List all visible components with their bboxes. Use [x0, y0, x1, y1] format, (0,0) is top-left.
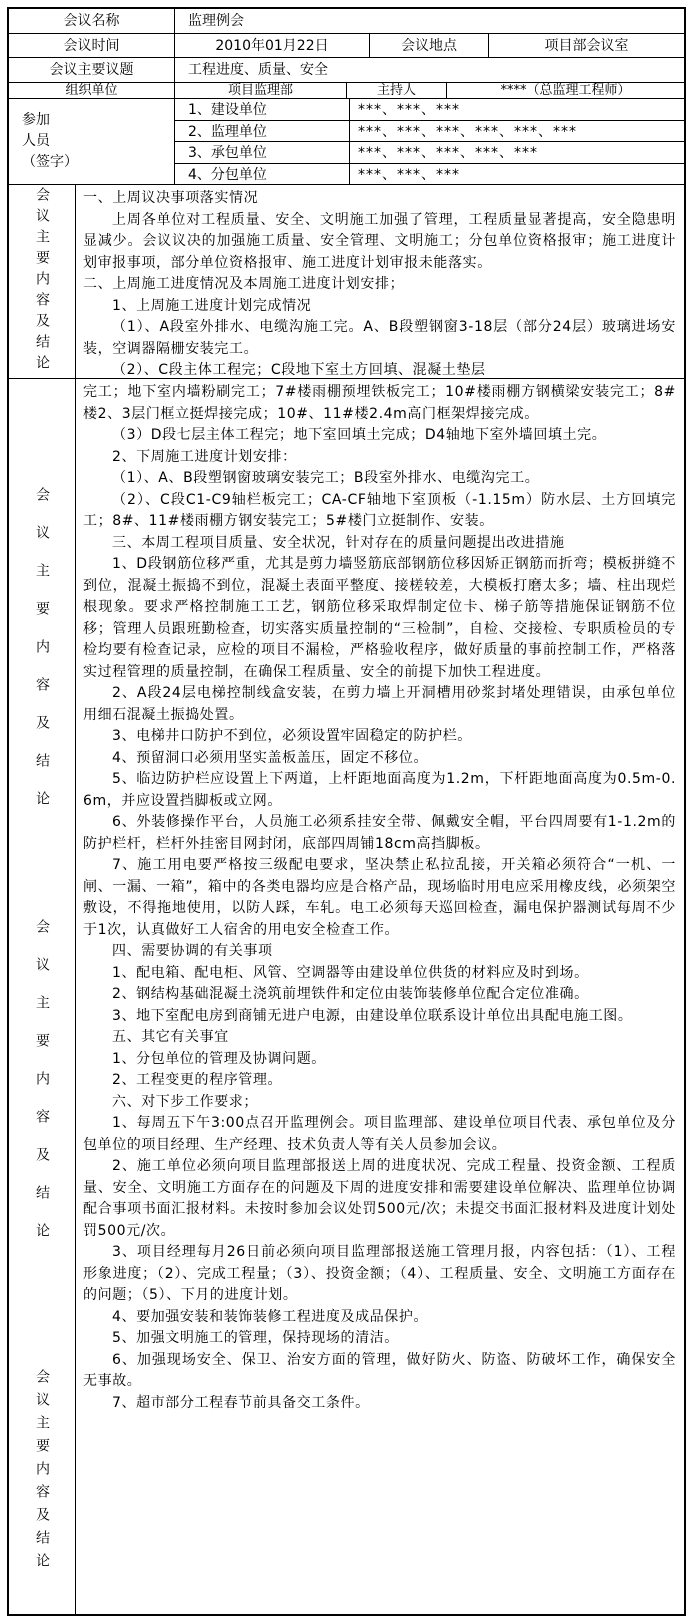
participants-rows: 1、建设单位 ***、***、*** 2、监理单位 ***、***、***、**… [174, 99, 684, 184]
content-paragraph: 上周各单位对工程质量、安全、文明施工加强了管理，工程质量显著提高，安全隐患明显减… [83, 210, 676, 275]
organizer-label: 组织单位 [9, 83, 174, 98]
content-paragraph: 二、上周施工进度情况及本周施工进度计划安排； [83, 274, 676, 296]
meeting-place-label: 会议地点 [369, 34, 488, 57]
content-paragraph: 2、工程变更的程序管理。 [83, 1070, 676, 1092]
content-paragraph: 3、地下室配电房到商铺无进户电源，由建设单位联系设计单位出具配电施工图。 [83, 1006, 676, 1028]
content-paragraph: 2、下周施工进度计划安排： [83, 447, 676, 469]
participants-side-label-line: 参加 [22, 110, 174, 131]
participant-row-signatures: ***、***、***、***、*** [349, 142, 684, 163]
content-paragraph: 完工；地下室内墙粉刷完工；7#楼雨棚预埋铁板完工；10#楼雨棚方钢横梁安装完工；… [83, 382, 676, 425]
content-paragraph: 6、加强现场安全、保卫、治安方面的管理，做好防火、防盗、防破坏工作，确保安全无事… [83, 1350, 676, 1393]
participant-row-signatures: ***、***、*** [349, 164, 684, 185]
content-paragraph: 7、施工用电要严格按三级配电要求，坚决禁止私拉乱接，开关箱必须符合“一机、一闸、… [83, 855, 676, 941]
content-paragraph: 1、每周五下午3:00点召开监理例会。项目监理部、建设单位项目代表、承包单位及分… [83, 1113, 676, 1156]
meeting-minutes-table: 会议名称 监理例会 会议时间 2010年01月22日 会议地点 项目部会议室 会… [7, 7, 686, 1616]
content-paragraph: 1、分包单位的管理及协调问题。 [83, 1049, 676, 1071]
row-meeting-topic: 会议主要议题 工程进度、质量、安全 [9, 58, 684, 83]
content-paragraph: （1）、A段室外排水、电缆沟施工完。A、B段塑钢窗3-18层（部分24层）玻璃进… [83, 317, 676, 360]
content-paragraph: （1）、A、B段塑钢窗玻璃安装完工；B段室外排水、电缆沟完工。 [83, 468, 676, 490]
participant-row-label: 4、分包单位 [175, 164, 349, 185]
content-paragraph: 一、上周议决事项落实情况 [83, 188, 676, 210]
section1-side-cell: 会议主要内容及结论 [9, 185, 76, 378]
section2-side-label: 会议主要内容及结论 [32, 1369, 52, 1576]
participants-block: 参加 人员 （签字） 1、建设单位 ***、***、*** 2、监理单位 ***… [9, 99, 684, 185]
participant-row-signatures: ***、***、*** [349, 99, 684, 120]
meeting-minutes-page: 会议名称 监理例会 会议时间 2010年01月22日 会议地点 项目部会议室 会… [0, 0, 693, 1618]
content-paragraph: 1、配电箱、配电柜、风管、空调器等由建设单位供货的材料应及时到场。 [83, 963, 676, 985]
participant-row-subcontractor-unit: 4、分包单位 ***、***、*** [175, 163, 684, 185]
content-paragraph: 四、需要协调的有关事项 [83, 941, 676, 963]
content-paragraph: 5、临边防护栏应设置上下两道，上杆距地面高度为1.2m，下杆距地面高度为0.5m… [83, 769, 676, 812]
row-meeting-time: 会议时间 2010年01月22日 会议地点 项目部会议室 [9, 34, 684, 58]
participants-side-label-line: 人员 [22, 131, 174, 152]
content-paragraph: 3、电梯井口防护不到位，必须设置牢固稳定的防护栏。 [83, 726, 676, 748]
content-paragraph: 六、对下步工作要求； [83, 1092, 676, 1114]
content-paragraph: 2、A段24层电梯控制线盒安装，在剪力墙上开洞槽用砂浆封堵处理错误，由承包单位用… [83, 683, 676, 726]
section2-side-label: 会议主要内容及结论 [32, 487, 52, 829]
section2-side-label: 会议主要内容及结论 [32, 919, 52, 1261]
content-paragraph: （3）D段七层主体工程完；地下室回填土完成；D4轴地下室外墙回填土完。 [83, 425, 676, 447]
content-paragraph: 2、施工单位必须向项目监理部报送上周的进度状况、完成工程量、投资金额、工程质量、… [83, 1156, 676, 1242]
participant-row-construction-unit: 1、建设单位 ***、***、*** [175, 99, 684, 120]
organizer-value: 项目监理部 [174, 83, 346, 98]
content-paragraph: 4、要加强安装和装饰装修工程进度及成品保护。 [83, 1307, 676, 1329]
content-paragraph: 6、外装修操作平台，人员施工必须系挂安全带、佩戴安全帽，平台四周要有1-1.2m… [83, 812, 676, 855]
content-paragraph: 五、其它有关事宜 [83, 1027, 676, 1049]
participant-row-contractor-unit: 3、承包单位 ***、***、***、***、*** [175, 141, 684, 163]
content-paragraph: 7、超市部分工程春节前具备交工条件。 [83, 1393, 676, 1415]
section1-side-label: 会议主要内容及结论 [32, 187, 52, 376]
content-section-1: 会议主要内容及结论 一、上周议决事项落实情况 上周各单位对工程质量、安全、文明施… [9, 185, 684, 379]
meeting-topic-value: 工程进度、质量、安全 [174, 58, 684, 82]
content-paragraph: 1、上周施工进度计划完成情况 [83, 296, 676, 318]
participants-side-label-line: （签字） [22, 152, 174, 173]
participant-row-label: 3、承包单位 [175, 142, 349, 163]
content-paragraph: 2、钢结构基础混凝土浇筑前埋铁件和定位由装饰装修单位配合定位准确。 [83, 984, 676, 1006]
section2-content: 完工；地下室内墙粉刷完工；7#楼雨棚预埋铁板完工；10#楼雨棚方钢横梁安装完工；… [76, 379, 684, 1614]
participant-row-supervision-unit: 2、监理单位 ***、***、***、***、***、*** [175, 120, 684, 142]
meeting-name-value: 监理例会 [174, 9, 684, 33]
meeting-time-label: 会议时间 [9, 34, 174, 57]
meeting-topic-label: 会议主要议题 [9, 58, 174, 82]
host-label: 主持人 [346, 83, 446, 98]
content-paragraph: 三、本周工程项目质量、安全状况，针对存在的质量问题提出改进措施 [83, 533, 676, 555]
content-paragraph: 1、D段钢筋位移严重，尤其是剪力墙竖筋底部钢筋位移因矫正钢筋而折弯；模板拼缝不到… [83, 554, 676, 683]
row-meeting-name: 会议名称 监理例会 [9, 9, 684, 34]
section1-content: 一、上周议决事项落实情况 上周各单位对工程质量、安全、文明施工加强了管理，工程质… [76, 185, 684, 378]
participants-side-label: 参加 人员 （签字） [9, 99, 174, 184]
meeting-name-label: 会议名称 [9, 9, 174, 33]
content-section-2: 会议主要内容及结论 会议主要内容及结论 会议主要内容及结论 完工；地下室内墙粉刷… [9, 379, 684, 1614]
content-paragraph: 5、加强文明施工的管理，保持现场的清洁。 [83, 1328, 676, 1350]
meeting-time-value: 2010年01月22日 [174, 34, 369, 57]
meeting-place-value: 项目部会议室 [488, 34, 684, 57]
participant-row-signatures: ***、***、***、***、***、*** [349, 121, 684, 142]
participant-row-label: 1、建设单位 [175, 99, 349, 120]
participant-row-label: 2、监理单位 [175, 121, 349, 142]
content-paragraph: （2）、C段C1-C9轴栏板完工；CA-CF轴地下室顶板（-1.15m）防水层、… [83, 490, 676, 533]
host-value: ****（总监理工程师） [446, 83, 684, 98]
content-paragraph: 3、项目经理每月26日前必须向项目监理部报送施工管理月报，内容包括：（1）、工程… [83, 1242, 676, 1307]
row-organizer: 组织单位 项目监理部 主持人 ****（总监理工程师） [9, 83, 684, 99]
content-paragraph: 4、预留洞口必须用坚实盖板盖压，固定不移位。 [83, 748, 676, 770]
section2-side-cell: 会议主要内容及结论 会议主要内容及结论 会议主要内容及结论 [9, 379, 76, 1614]
